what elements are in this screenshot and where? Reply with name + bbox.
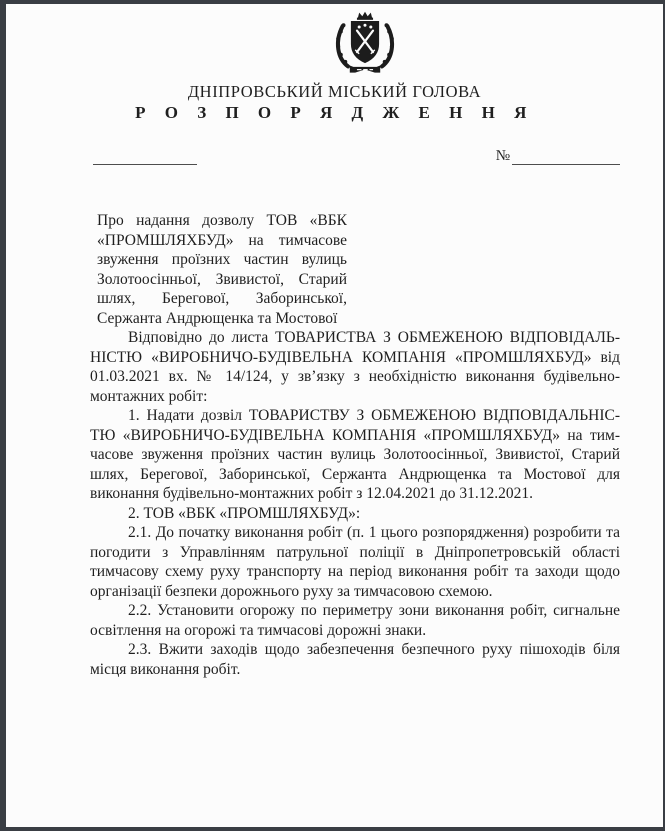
number-group: № [496, 147, 620, 165]
paragraph-item-2-2: 2.2. Установити огорожу по периметру зон… [90, 601, 620, 640]
emblem-row [6, 10, 663, 78]
subject-block: Про надання дозволу ТОВ «ВБК «ПРОМШЛЯХБУ… [97, 211, 347, 328]
document-page: ДНІПРОВСЬКИЙ МІСЬКИЙ ГОЛОВА Р О З П О Р … [6, 4, 663, 827]
org-title: ДНІПРОВСЬКИЙ МІСЬКИЙ ГОЛОВА [6, 82, 663, 102]
reference-row: № [90, 147, 620, 165]
date-blank-line [93, 148, 197, 165]
document-type-title: Р О З П О Р Я Д Ж Е Н Н Я [6, 103, 663, 123]
document-content: № Про надання дозволу ТОВ «ВБК «ПРОМШЛЯХ… [6, 147, 663, 679]
city-coat-of-arms-icon [326, 10, 404, 78]
paragraph-intro: Відповідно до листа ТОВАРИСТВА З ОБМЕЖЕН… [90, 328, 620, 406]
paragraph-item-1: 1. Надати дозвіл ТОВАРИСТВУ З ОБМЕЖЕНОЮ … [90, 406, 620, 504]
number-label: № [496, 148, 510, 165]
paragraph-item-2: 2. ТОВ «ВБК «ПРОМШЛЯХБУД»: [90, 504, 620, 524]
paragraph-item-2-3: 2.3. Вжити заходів щодо забезпечення без… [90, 640, 620, 679]
paragraph-item-2-1: 2.1. До початку виконання робіт (п. 1 ць… [90, 523, 620, 601]
number-blank-line [512, 148, 620, 165]
